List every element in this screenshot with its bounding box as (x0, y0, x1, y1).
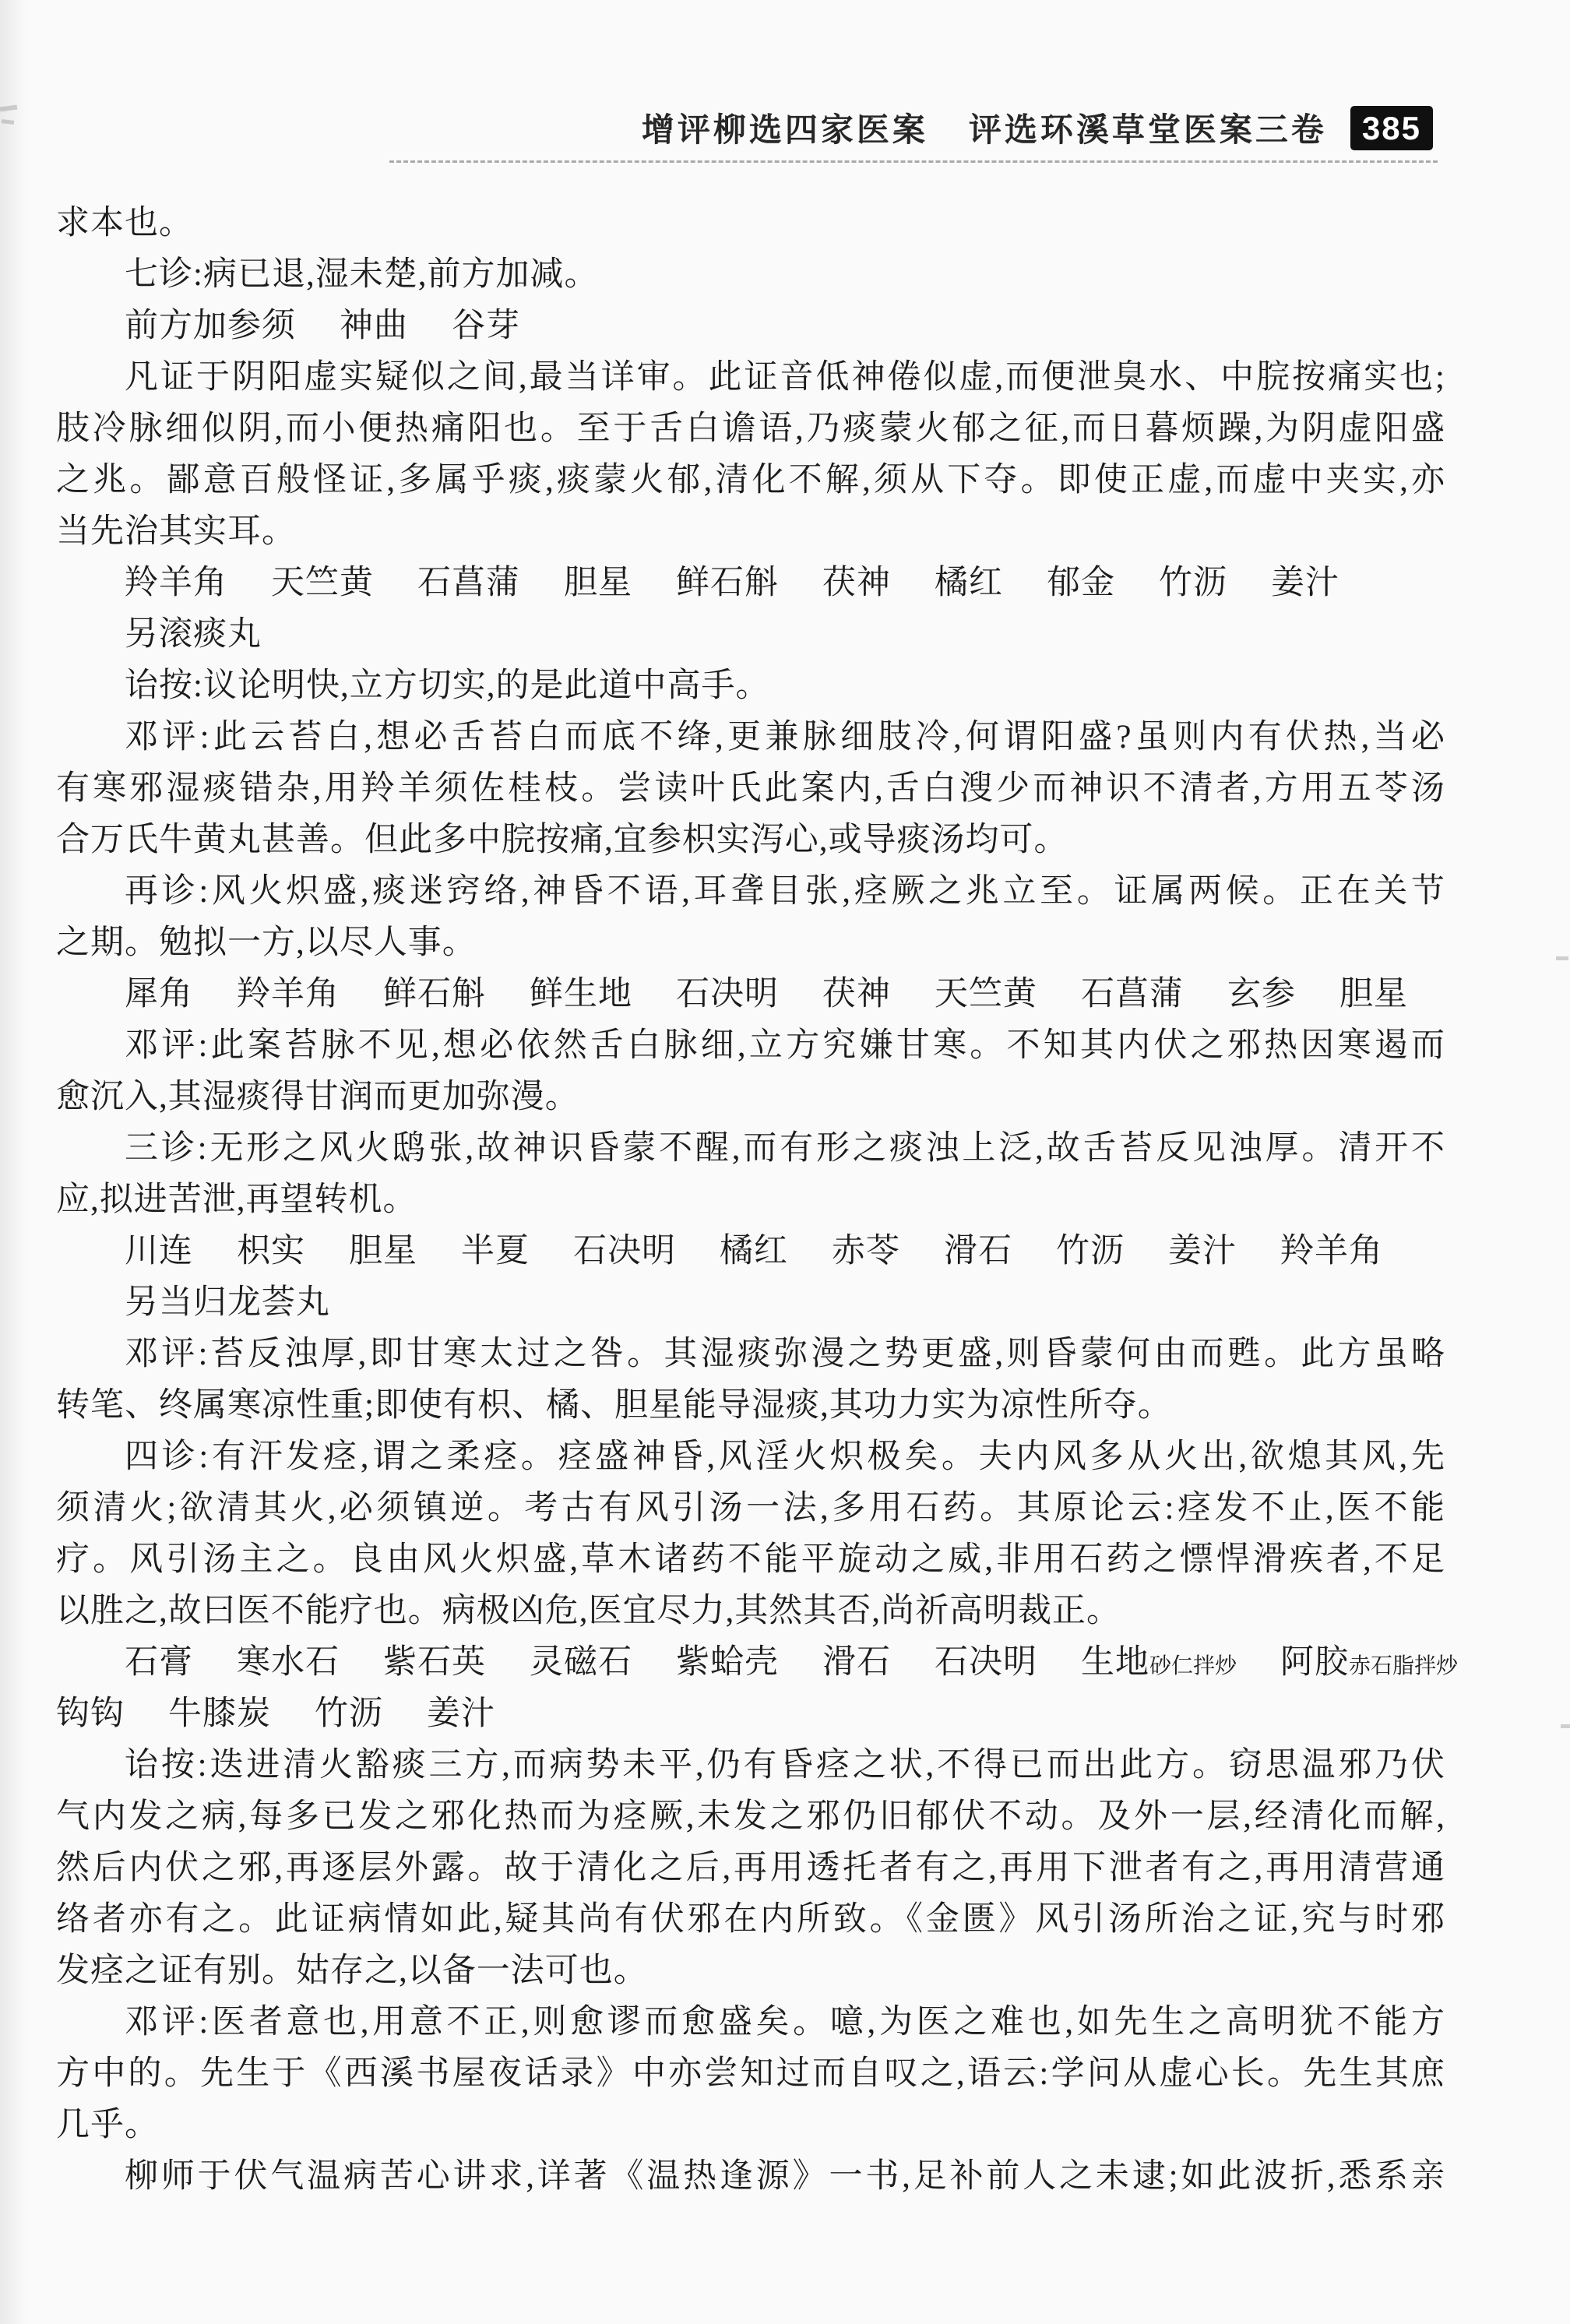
page-body: 求本也。七诊:病已退,湿未楚,前方加减。前方加参须神曲谷芽凡证于阴阳虚实疑似之间… (56, 198, 1445, 2203)
text-line: 再诊:风火炽盛,痰迷窍络,神昏不语,耳聋目张,痉厥之兆立至。证属两候。正在关节 (56, 866, 1445, 917)
herb-item: 寒水石 (237, 1637, 340, 1688)
text-line: 疗。风引汤主之。良由风火炽盛,草木诸药不能平旋动之威,非用石药之慓悍滑疾者,不足 (56, 1534, 1445, 1586)
herb-item: 灵磁石 (530, 1637, 632, 1688)
herb-item: 石菖蒲 (1081, 969, 1184, 1020)
text-line: 另滚痰丸 (56, 609, 1445, 660)
text-line: 气内发之病,每多已发之邪化热而为痉厥,未发之邪仍旧郁伏不动。及外一层,经清化而解… (56, 1791, 1445, 1843)
herb-item: 紫蛤壳 (676, 1637, 779, 1688)
text-line: 须清火;欲清其火,必须镇逆。考古有风引汤一法,多用石药。其原论云:痉发不止,医不… (56, 1483, 1445, 1534)
herb-item: 生地砂仁拌炒 (1081, 1637, 1237, 1692)
herb-item: 鲜生地 (530, 969, 632, 1020)
text-line: 七诊:病已退,湿未楚,前方加减。 (56, 249, 1445, 301)
herb-item: 石决明 (935, 1637, 1037, 1688)
text-line: 另当归龙荟丸 (56, 1277, 1445, 1329)
herb-item: 枳实 (237, 1226, 305, 1277)
herb-item: 石决明 (676, 969, 779, 1020)
scan-artifact (1561, 1724, 1570, 1728)
text-line: 发痉之证有别。姑存之,以备一法可也。 (56, 1945, 1445, 1997)
text-line: 诒按:议论明快,立方切实,的是此道中高手。 (56, 660, 1445, 712)
text-line: 应,拟进苦泄,再望转机。 (56, 1174, 1445, 1226)
herb-preparation-note: 砂仁拌炒 (1149, 1654, 1237, 1678)
herb-list-line: 前方加参须神曲谷芽 (56, 301, 1445, 352)
text-line: 邓评:此案苔脉不见,想必依然舌白脉细,立方究嫌甘寒。不知其内伏之邪热因寒遏而 (56, 1020, 1445, 1072)
text-line: 转笔、终属寒凉性重;即使有枳、橘、胆星能导湿痰,其功力实为凉性所夺。 (56, 1380, 1445, 1431)
herb-item: 茯神 (822, 558, 891, 609)
herb-item: 牛膝炭 (168, 1688, 271, 1740)
page-number-badge: 385 (1350, 106, 1433, 150)
herb-item: 姜汁 (427, 1688, 495, 1740)
herb-item: 橘红 (720, 1226, 788, 1277)
herb-item: 前方加参须 (125, 301, 296, 352)
text-line: 当先治其实耳。 (56, 506, 1445, 558)
herb-list-line: 石膏寒水石紫石英灵磁石紫蛤壳滑石石决明生地砂仁拌炒阿胶赤石脂拌炒 (56, 1637, 1445, 1688)
text-line: 然后内伏之邪,再逐层外露。故于清化之后,再用透托者有之,再用下泄者有之,再用清营… (56, 1843, 1445, 1894)
herb-item: 石膏 (125, 1637, 193, 1688)
herb-item: 郁金 (1047, 558, 1115, 609)
text-line: 柳师于伏气温病苦心讲求,详著《温热逢源》一书,足补前人之未逮;如此波折,悉系亲 (56, 2151, 1445, 2203)
text-line: 诒按:迭进清火豁痰三方,而病势未平,仍有昏痉之状,不得已而出此方。窃思温邪乃伏 (56, 1740, 1445, 1791)
herb-item: 石决明 (573, 1226, 676, 1277)
text-line: 求本也。 (56, 198, 1445, 249)
herb-item: 竹沥 (1056, 1226, 1125, 1277)
herb-item: 钩钩 (56, 1688, 125, 1740)
running-header: 增评柳选四家医案 评选环溪草堂医案三卷 385 (0, 103, 1433, 153)
herb-item: 紫石英 (383, 1637, 486, 1688)
herb-item: 神曲 (340, 301, 408, 352)
herb-item: 犀角 (125, 969, 193, 1020)
book-title: 增评柳选四家医案 (642, 104, 928, 151)
scan-artifact (1556, 956, 1568, 960)
volume-title: 评选环溪草堂医案三卷 (969, 104, 1327, 151)
text-line: 合万氏牛黄丸甚善。但此多中脘按痛,宜参枳实泻心,或导痰汤均可。 (56, 815, 1445, 866)
herb-item: 茯神 (822, 969, 891, 1020)
header-rule (389, 160, 1438, 163)
text-line: 肢冷脉细似阴,而小便热痛阳也。至于舌白谵语,乃痰蒙火郁之征,而日暮烦躁,为阴虚阳… (56, 403, 1445, 455)
text-line: 三诊:无形之风火鸱张,故神识昏蒙不醒,而有形之痰浊上泛,故舌苔反见浊厚。清开不 (56, 1123, 1445, 1174)
herb-item: 橘红 (935, 558, 1003, 609)
herb-list-line: 羚羊角天竺黄石菖蒲胆星鲜石斛茯神橘红郁金竹沥姜汁 (56, 558, 1445, 609)
herb-item: 羚羊角 (237, 969, 340, 1020)
herb-item: 石菖蒲 (417, 558, 520, 609)
herb-item: 天竺黄 (271, 558, 374, 609)
text-line: 几乎。 (56, 2100, 1445, 2151)
herb-item: 鲜石斛 (383, 969, 486, 1020)
text-line: 凡证于阴阳虚实疑似之间,最当详审。此证音低神倦似虚,而便泄臭水、中脘按痛实也; (56, 352, 1445, 403)
herb-item: 滑石 (944, 1226, 1012, 1277)
herb-item: 竹沥 (1159, 558, 1227, 609)
herb-list-line: 犀角羚羊角鲜石斛鲜生地石决明茯神天竺黄石菖蒲玄参胆星 (56, 969, 1445, 1020)
herb-preparation-note: 赤石脂拌炒 (1349, 1654, 1458, 1678)
herb-item: 竹沥 (315, 1688, 383, 1740)
herb-item: 羚羊角 (125, 558, 227, 609)
herb-item: 胆星 (349, 1226, 417, 1277)
herb-item: 谷芽 (452, 301, 520, 352)
text-line: 之兆。鄙意百般怪证,多属乎痰,痰蒙火郁,清化不解,须从下夺。即使正虚,而虚中夹实… (56, 455, 1445, 506)
herb-item: 姜汁 (1271, 558, 1339, 609)
herb-list-line: 川连枳实胆星半夏石决明橘红赤苓滑石竹沥姜汁羚羊角 (56, 1226, 1445, 1277)
herb-list-line: 钩钩牛膝炭竹沥姜汁 (56, 1688, 1445, 1740)
text-line: 以胜之,故曰医不能疗也。病极凶危,医宜尽力,其然其否,尚祈高明裁正。 (56, 1586, 1445, 1637)
text-line: 之期。勉拟一方,以尽人事。 (56, 917, 1445, 969)
herb-item: 羚羊角 (1280, 1226, 1383, 1277)
herb-item: 姜汁 (1168, 1226, 1237, 1277)
herb-item: 胆星 (1339, 969, 1408, 1020)
herb-item: 赤苓 (832, 1226, 900, 1277)
herb-item: 鲜石斛 (676, 558, 779, 609)
text-line: 络者亦有之。此证病情如此,疑其尚有伏邪在内所致。《金匮》风引汤所治之证,究与时邪 (56, 1894, 1445, 1945)
text-line: 有寒邪湿痰错杂,用羚羊须佐桂枝。尝读叶氏此案内,舌白溲少而神识不清者,方用五苓汤 (56, 763, 1445, 815)
scan-edge-shading (0, 0, 26, 2324)
herb-item: 半夏 (461, 1226, 530, 1277)
text-line: 方中的。先生于《西溪书屋夜话录》中亦尝知过而自叹之,语云:学问从虚心长。先生其庶 (56, 2048, 1445, 2100)
text-line: 四诊:有汗发痉,谓之柔痉。痉盛神昏,风淫火炽极矣。夫内风多从火出,欲熄其风,先 (56, 1431, 1445, 1483)
text-line: 邓评:医者意也,用意不正,则愈谬而愈盛矣。噫,为医之难也,如先生之高明犹不能方 (56, 1997, 1445, 2048)
text-line: 邓评:苔反浊厚,即甘寒太过之咎。其湿痰弥漫之势更盛,则昏蒙何由而甦。此方虽略 (56, 1329, 1445, 1380)
herb-item: 滑石 (822, 1637, 891, 1688)
text-line: 邓评:此云苔白,想必舌苔白而底不绛,更兼脉细肢冷,何谓阳盛?虽则内有伏热,当必 (56, 712, 1445, 763)
herb-item: 胆星 (564, 558, 632, 609)
herb-item: 阿胶赤石脂拌炒 (1280, 1637, 1458, 1692)
herb-item: 玄参 (1227, 969, 1296, 1020)
herb-item: 川连 (125, 1226, 193, 1277)
scanned-book-page: 增评柳选四家医案 评选环溪草堂医案三卷 385 求本也。七诊:病已退,湿未楚,前… (0, 0, 1570, 2324)
herb-item: 天竺黄 (935, 969, 1037, 1020)
text-line: 愈沉入,其湿痰得甘润而更加弥漫。 (56, 1072, 1445, 1123)
